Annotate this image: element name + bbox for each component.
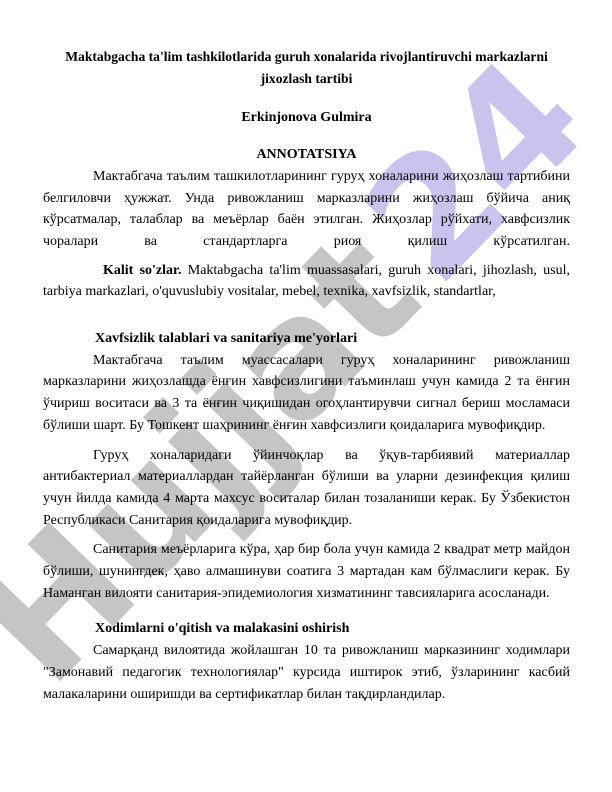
section-heading-safety: Xavfsizlik talablari va sanitariya me'yo…	[95, 328, 570, 350]
annotation-paragraph: Мактабгача таълим ташкилотларининг гуруҳ…	[43, 166, 570, 253]
document-page: Hujjat24 Maktabgacha ta'lim tashkilotlar…	[0, 0, 612, 792]
keywords-paragraph: Kalit so'zlar. Maktabgacha ta'lim muassa…	[43, 260, 570, 303]
annotation-heading: ANNOTATSIYA	[43, 144, 570, 166]
section-heading-training: Xodimlarni o'qitish va malakasini oshiri…	[95, 618, 570, 640]
author-name: Erkinjonova Gulmira	[43, 107, 570, 129]
document-content: Maktabgacha ta'lim tashkilotlarida guruh…	[0, 0, 612, 705]
document-title: Maktabgacha ta'lim tashkilotlarida guruh…	[43, 46, 570, 89]
safety-paragraph-1: Мактабгача таълим муассасалари гуруҳ хон…	[43, 350, 570, 437]
safety-paragraph-3: Санитария меъёрларига кўра, ҳар бир бола…	[43, 539, 570, 604]
training-paragraph-1: Самарқанд вилоятида жойлашган 10 та риво…	[43, 640, 570, 705]
safety-paragraph-2: Гуруҳ хоналаридаги ўйинчоқлар ва ўқув-та…	[43, 445, 570, 532]
keywords-label: Kalit so'zlar.	[103, 263, 181, 278]
